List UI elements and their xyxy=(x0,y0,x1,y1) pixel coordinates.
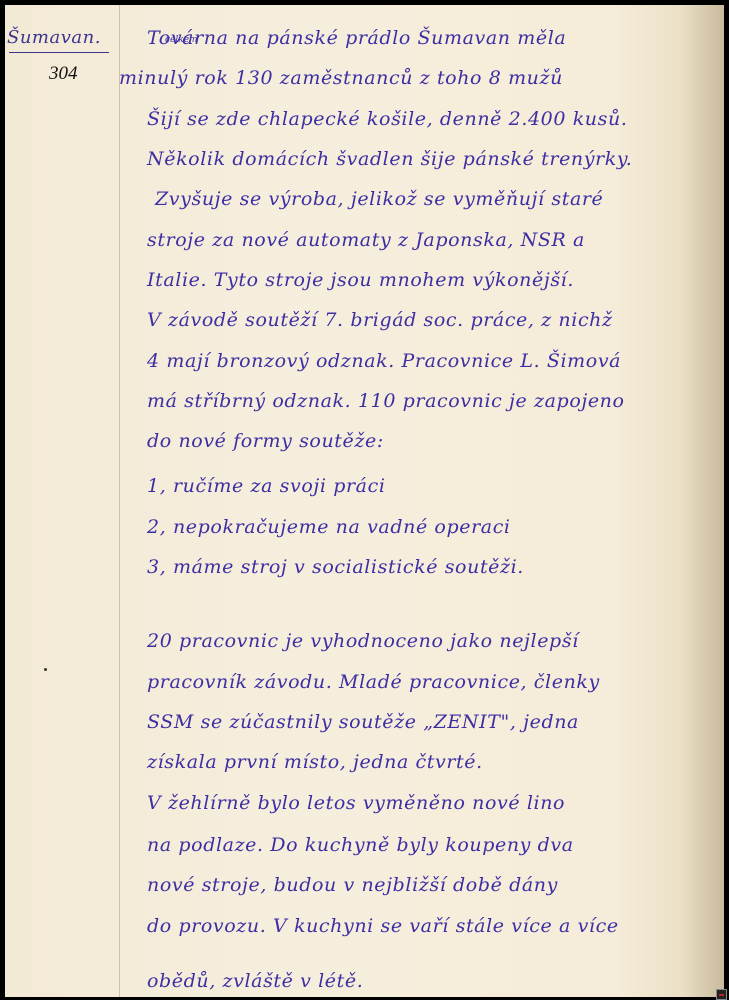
text-line-8: V závodě soutěží 7. brigád soc. práce, z… xyxy=(147,309,613,331)
text-line-20: obědů, zvláště v létě. xyxy=(147,970,363,992)
text-line-5: Zvyšuje se výroba, jelikož se vyměňují s… xyxy=(155,188,603,210)
text-line-19: do provozu. V kuchyni se vaří stále více… xyxy=(147,915,619,937)
text-line-16: V žehlírně bylo letos vyměněno nové lino xyxy=(147,792,565,814)
paper-speck xyxy=(44,668,47,671)
margin-title-underline xyxy=(9,52,109,53)
text-line-7: Italie. Tyto stroje jsou mnohem výkonějš… xyxy=(147,269,574,291)
text-line-18: nové stroje, budou v nejbližší době dány xyxy=(147,874,558,896)
text-line-13: pracovník závodu. Mladé pracovnice, člen… xyxy=(147,671,600,693)
text-line-17: na podlaze. Do kuchyně byly koupeny dva xyxy=(147,834,574,856)
list-item-2: 2, nepokračujeme na vadné operaci xyxy=(147,516,511,538)
text-line-1: Továrna na pánské prádlo Šumavan měla xyxy=(147,27,566,49)
window-control-icon[interactable] xyxy=(716,989,727,1000)
text-line-9: 4 mají bronzový odznak. Pracovnice L. Ši… xyxy=(147,350,621,372)
list-item-1: 1, ručíme za svoji práci xyxy=(147,475,386,497)
margin-title: Šumavan. xyxy=(7,27,107,48)
text-line-2: minulý rok 130 zaměstnanců z toho 8 mužů xyxy=(119,67,563,89)
page-number: 304 xyxy=(49,63,78,85)
list-item-3: 3, máme stroj v socialistické soutěži. xyxy=(147,556,524,578)
text-line-10: má stříbrný odznak. 110 pracovnic je zap… xyxy=(147,390,625,412)
text-line-14: SSM se zúčastnily soutěže „ZENIT", jedna xyxy=(147,711,579,733)
text-line-3: Šijí se zde chlapecké košile, denně 2.40… xyxy=(147,108,627,130)
handwritten-page: Šumavan. 304 celkem Továrna na pánské pr… xyxy=(5,5,724,997)
text-line-12: 20 pracovnic je vyhodnoceno jako nejlepš… xyxy=(147,630,579,652)
text-line-11: do nové formy soutěže: xyxy=(147,430,384,452)
text-line-6: stroje za nové automaty z Japonska, NSR … xyxy=(147,229,585,251)
text-line-15: získala první místo, jedna čtvrté. xyxy=(147,751,483,773)
margin-rule xyxy=(119,5,120,997)
text-line-4: Několik domácích švadlen šije pánské tre… xyxy=(147,148,632,170)
